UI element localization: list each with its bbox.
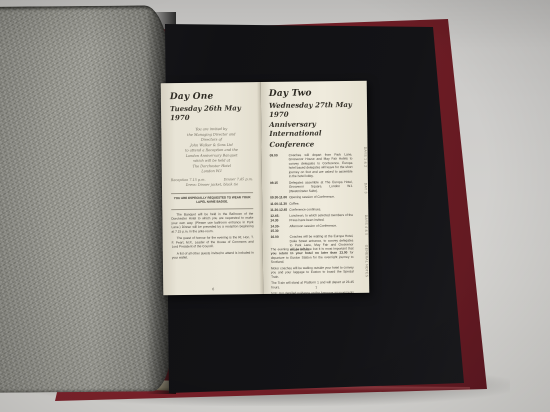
day-one-date: Tuesday 26th May 1970 xyxy=(170,104,252,123)
banquet-paragraph: The guest of honour for the evening is t… xyxy=(172,236,254,250)
schedule-time: 09.15 xyxy=(270,181,287,194)
day-one-title: Day One xyxy=(170,92,252,103)
programme-booklet: Day One Tuesday 26th May 1970 You are in… xyxy=(161,81,370,296)
invitation-lines: You are invited bythe Managing Director … xyxy=(170,127,253,175)
day-two-title: Day Two xyxy=(269,89,357,100)
schedule-detail: Conference continues. xyxy=(289,207,353,212)
schedule-time: 14.30-15.30 xyxy=(270,225,287,234)
programme-page-day-two: Day Two Wednesday 27th May 1970 Annivers… xyxy=(261,81,370,294)
banquet-paragraph: A list of all other guests invited to at… xyxy=(172,251,254,260)
banquet-paragraphs: The Banquet will be held in the Ballroom… xyxy=(171,213,254,261)
page-number-left: 6 xyxy=(183,287,243,291)
schedule-time: 12.45-14.30 xyxy=(270,214,287,223)
schedule-time: 11.00-11.30 xyxy=(270,202,287,206)
invitation-block: You are invited bythe Managing Director … xyxy=(170,127,253,179)
banquet-paragraph: The Banquet will be held in the Ballroom… xyxy=(171,213,253,235)
evening-note: The evening will be left free but it is … xyxy=(271,247,354,265)
schedule-row: 11.00-11.30 Coffee. xyxy=(270,201,353,206)
schedule-time: 11.30-12.45 xyxy=(270,208,287,212)
schedule-row: 09.30-11.00 Opening session of Conferenc… xyxy=(270,195,353,200)
schedule-detail: Delegates assemble at The Europa Hotel, … xyxy=(289,180,353,193)
schedule-row: 14.30-15.30 Afternoon session of Confere… xyxy=(270,224,353,233)
schedule-row: 11.30-12.45 Conference continues. xyxy=(270,207,353,212)
photograph-of-open-album: Day One Tuesday 26th May 1970 You are in… xyxy=(0,0,550,412)
schedule-row: 09.15 Delegates assemble at The Europa H… xyxy=(270,180,353,194)
divider-rule xyxy=(171,209,253,211)
day-two-subtitle-2: Conference xyxy=(269,140,357,150)
schedule-time: 09.30-11.00 xyxy=(270,195,287,199)
section-edge-tab: DAYS 4 & 5 xyxy=(364,215,368,236)
page-number-right: 7 xyxy=(284,286,348,290)
schedule-time: 09.00 xyxy=(270,153,287,179)
invitation-line: London W.1 xyxy=(171,169,253,175)
day-two-subtitle-1: Anniversary International xyxy=(269,120,357,139)
schedule-row: 12.45-14.30 Luncheon, to which selected … xyxy=(270,213,353,222)
conference-schedule: 09.00 Coaches will depart from Park Lane… xyxy=(270,153,354,253)
schedule-row: 09.00 Coaches will depart from Park Lane… xyxy=(270,153,353,179)
conference-schedule-block: 09.00 Coaches will depart from Park Lane… xyxy=(270,153,359,248)
section-edge-tab: DAY 3 xyxy=(363,183,367,194)
badge-notice: YOU ARE ESPECIALLY REQUESTED TO WEAR YOU… xyxy=(171,197,253,206)
badge-notice-block: YOU ARE ESPECIALLY REQUESTED TO WEAR YOU… xyxy=(171,197,253,207)
times-block: Reception 7.15 p.m. Dinner 7.45 p.m. Dre… xyxy=(171,178,253,191)
schedule-detail: Coffee. xyxy=(289,201,353,206)
section-edge-tab: DAYS 1 & 2 xyxy=(363,147,367,168)
dress-code-line: Dress: Dinner jacket, black tie xyxy=(171,182,253,188)
schedule-detail: Afternoon session of Conference. xyxy=(289,224,353,233)
schedule-detail: Coaches will depart from Park Lane, Gros… xyxy=(289,153,353,179)
section-edge-tab: GENERAL NOTES xyxy=(364,245,368,278)
schedule-detail: Luncheon, to which selected members of t… xyxy=(289,213,353,222)
day-two-date: Wednesday 27th May 1970 xyxy=(269,101,357,120)
travel-note: Motor coaches will be waiting outside yo… xyxy=(271,265,354,279)
banquet-details-block: The Banquet will be held in the Ballroom… xyxy=(171,213,254,264)
divider-rule xyxy=(171,193,253,195)
schedule-detail: Opening session of Conference. xyxy=(289,195,353,200)
programme-page-day-one: Day One Tuesday 26th May 1970 You are in… xyxy=(161,82,264,295)
